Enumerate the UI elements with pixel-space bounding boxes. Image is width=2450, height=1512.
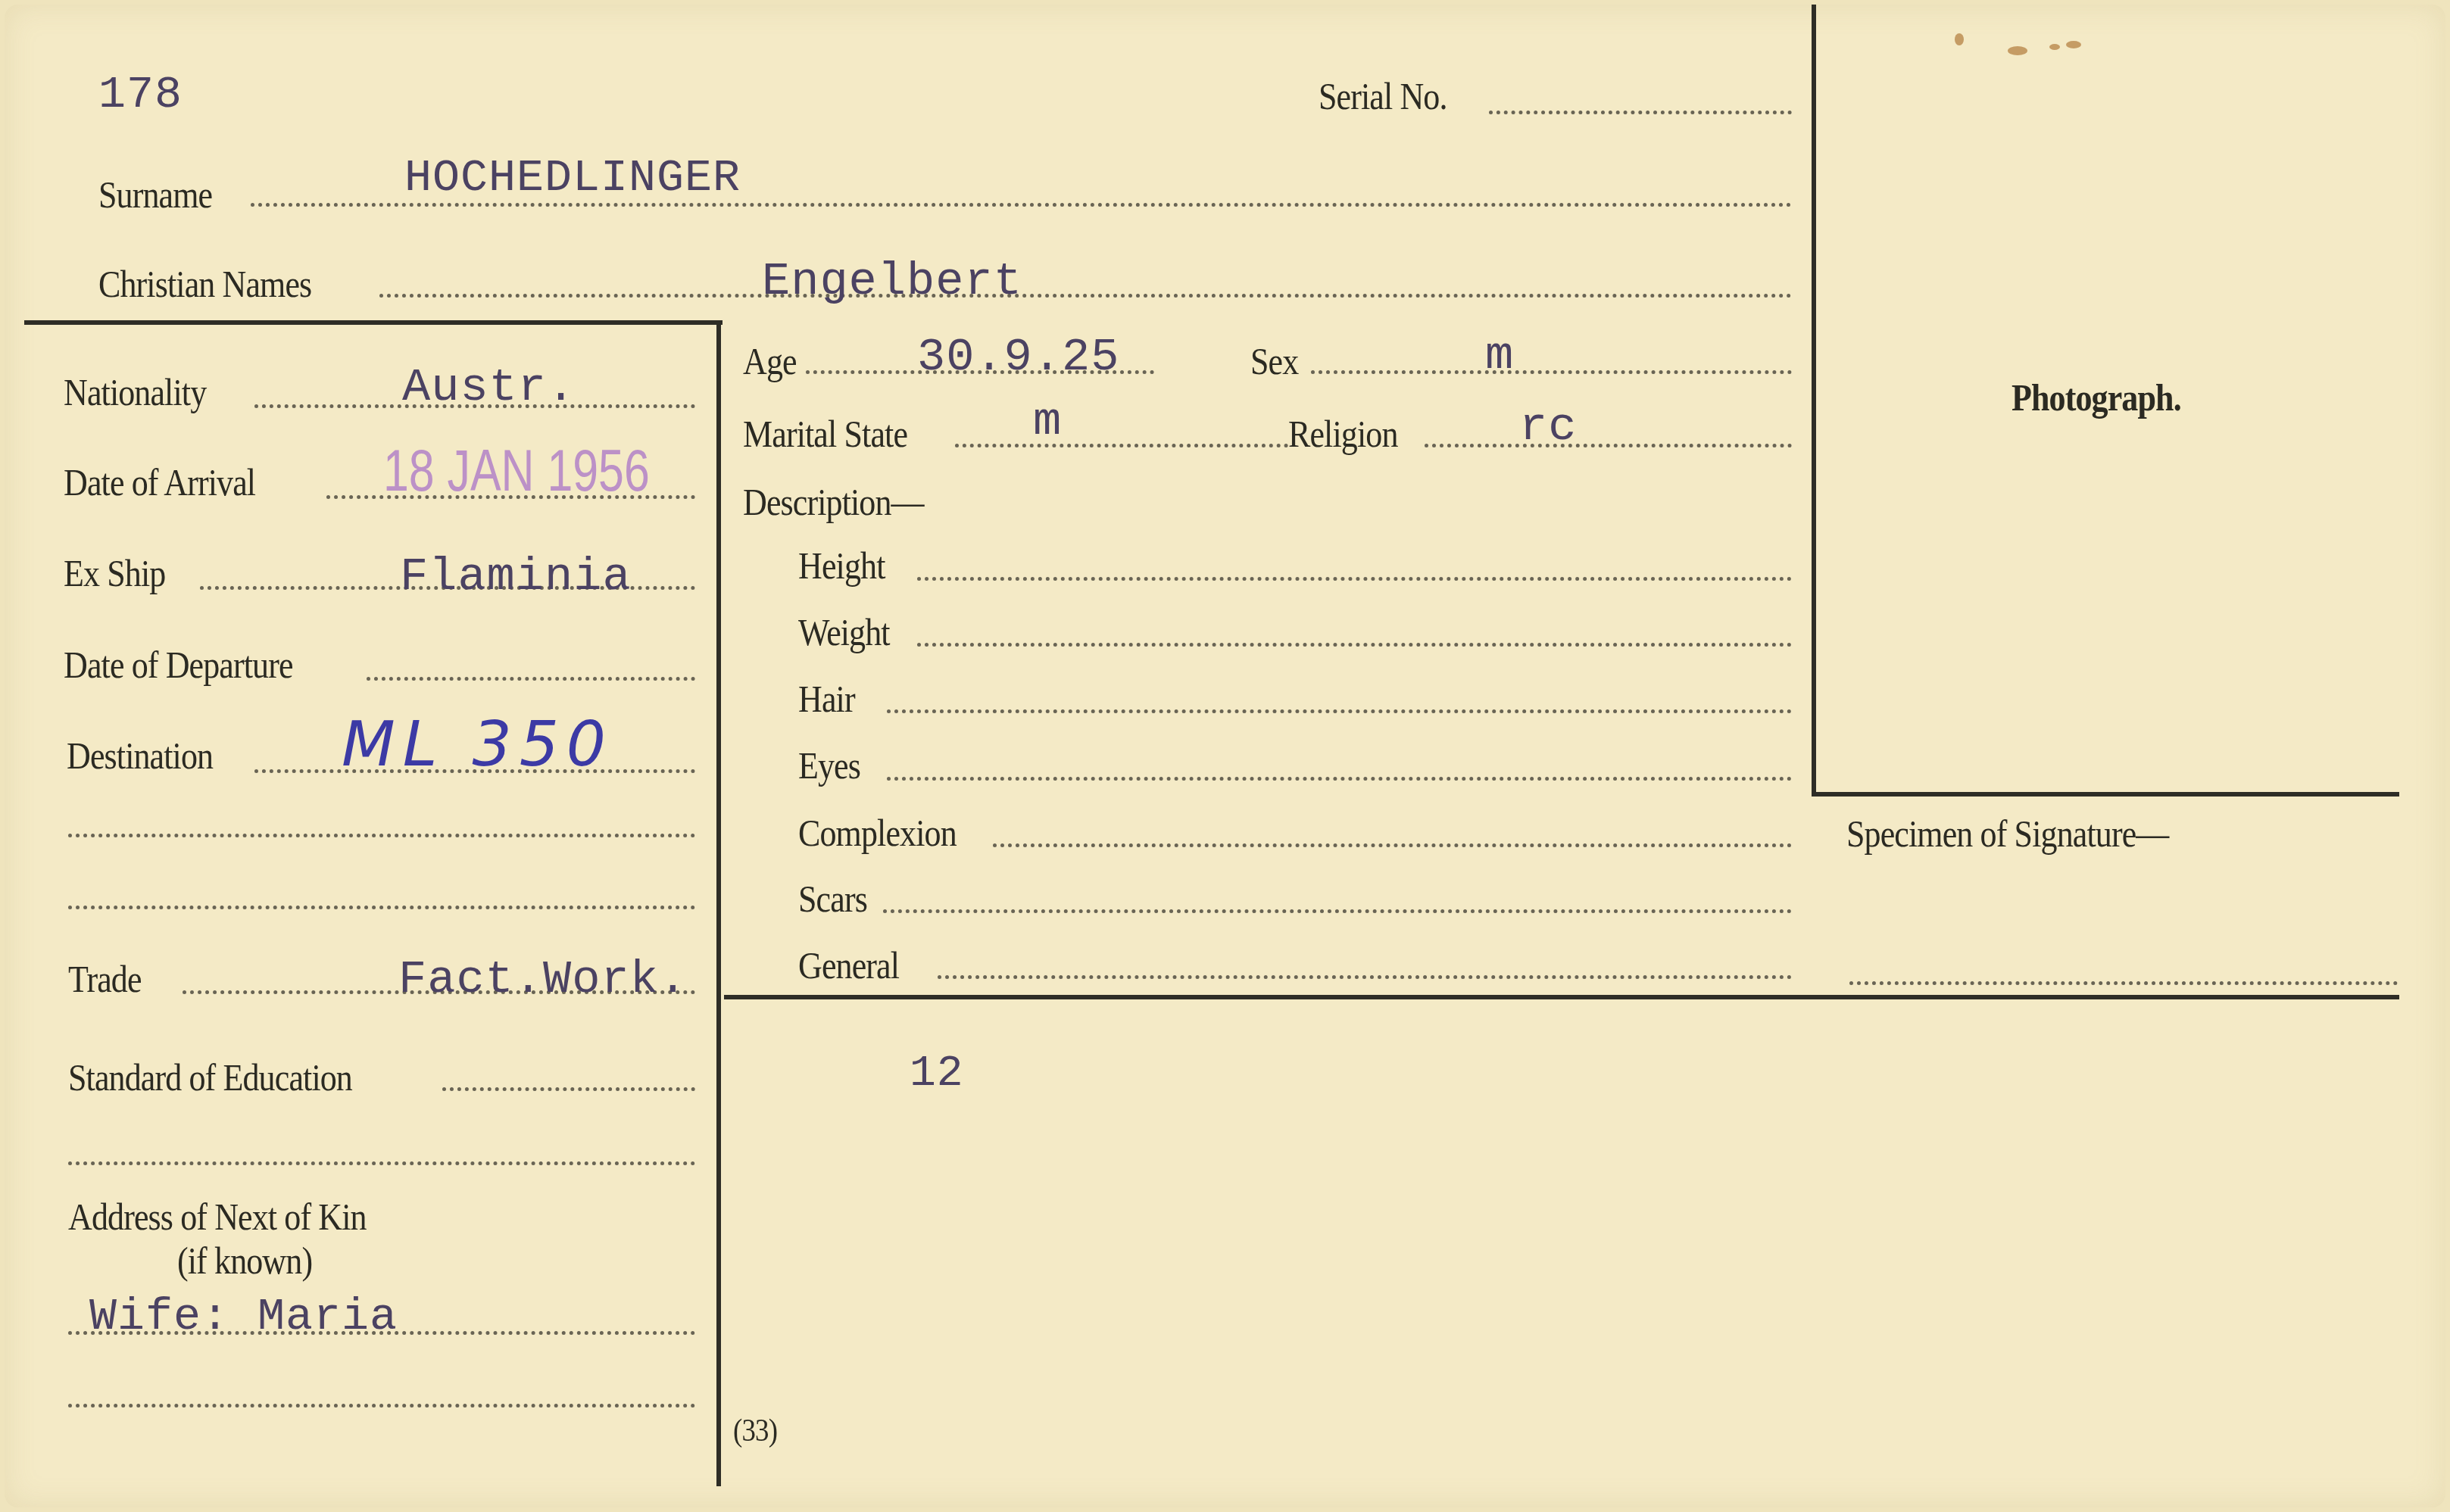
photograph-area[interactable] <box>1818 5 2399 792</box>
ex-ship-label: Ex Ship <box>64 551 165 595</box>
footer-number: 12 <box>910 1049 964 1099</box>
complexion-field[interactable] <box>993 843 1792 847</box>
signature-label: Specimen of Signature— <box>1846 812 2168 856</box>
serial-no-field[interactable] <box>1489 111 1792 114</box>
photo-box-left-rule <box>1812 5 1816 797</box>
religion-value: rc <box>1519 400 1577 454</box>
arrival-date-stamp: 18 JAN 1956 <box>383 436 650 505</box>
signature-field[interactable] <box>1849 981 2398 985</box>
next-of-kin-extra-line[interactable] <box>68 1404 695 1408</box>
ex-ship-value: Flaminia <box>400 550 632 603</box>
sex-label: Sex <box>1250 339 1298 383</box>
surname-label: Surname <box>98 173 212 217</box>
eyes-label: Eyes <box>798 744 860 787</box>
sex-value: m <box>1485 329 1514 382</box>
age-value: 30.9.25 <box>917 330 1119 384</box>
serial-no-label: Serial No. <box>1319 74 1447 118</box>
general-field[interactable] <box>938 975 1792 979</box>
weight-field[interactable] <box>917 643 1792 647</box>
standard-of-education-field[interactable] <box>442 1087 695 1091</box>
next-of-kin-value: Wife: Maria <box>89 1292 398 1343</box>
left-section-top-rule <box>24 320 723 325</box>
scars-field[interactable] <box>883 909 1792 913</box>
general-label: General <box>798 943 899 987</box>
eyes-field[interactable] <box>887 777 1792 781</box>
description-bottom-rule <box>724 995 2399 999</box>
hair-label: Hair <box>798 677 855 721</box>
marital-state-field[interactable] <box>955 444 1288 447</box>
complexion-label: Complexion <box>798 811 957 855</box>
destination-label: Destination <box>67 734 213 778</box>
marital-state-label: Marital State <box>743 412 907 456</box>
weight-label: Weight <box>798 610 890 654</box>
surname-value: HOCHEDLINGER <box>404 153 741 204</box>
education-extra-line[interactable] <box>68 1161 695 1165</box>
trade-value: Fact.Work. <box>398 952 688 1006</box>
description-heading: Description— <box>743 480 924 524</box>
form-number: (33) <box>733 1413 777 1449</box>
center-vertical-divider <box>716 320 721 1486</box>
card-number: 178 <box>98 70 183 121</box>
nationality-label: Nationality <box>64 370 206 414</box>
hair-field[interactable] <box>887 709 1792 713</box>
scars-label: Scars <box>798 877 867 921</box>
registration-card: 178 Serial No. Surname HOCHEDLINGER Chri… <box>5 5 2445 1507</box>
age-label: Age <box>743 339 797 383</box>
photo-box-bottom-rule <box>1812 792 2399 797</box>
sex-field[interactable] <box>1311 370 1792 374</box>
religion-field[interactable] <box>1425 444 1792 447</box>
religion-label: Religion <box>1288 412 1398 456</box>
trade-label: Trade <box>68 957 142 1001</box>
marital-state-value: m <box>1033 394 1062 448</box>
christian-names-label: Christian Names <box>98 262 311 306</box>
next-of-kin-sublabel: (if known) <box>177 1239 312 1283</box>
standard-of-education-label: Standard of Education <box>68 1055 352 1099</box>
christian-names-field[interactable] <box>379 294 1792 298</box>
destination-extra-line-1[interactable] <box>68 834 695 837</box>
date-of-departure-field[interactable] <box>367 677 695 681</box>
next-of-kin-label: Address of Next of Kin <box>68 1195 367 1239</box>
height-label: Height <box>798 544 885 588</box>
date-of-departure-label: Date of Departure <box>64 643 293 687</box>
destination-handwritten: ML 350 <box>342 709 613 781</box>
date-of-arrival-label: Date of Arrival <box>64 460 255 504</box>
nationality-value: Austr. <box>402 360 576 414</box>
destination-extra-line-2[interactable] <box>68 906 695 909</box>
height-field[interactable] <box>917 577 1792 581</box>
christian-names-value: Engelbert <box>762 254 1022 308</box>
